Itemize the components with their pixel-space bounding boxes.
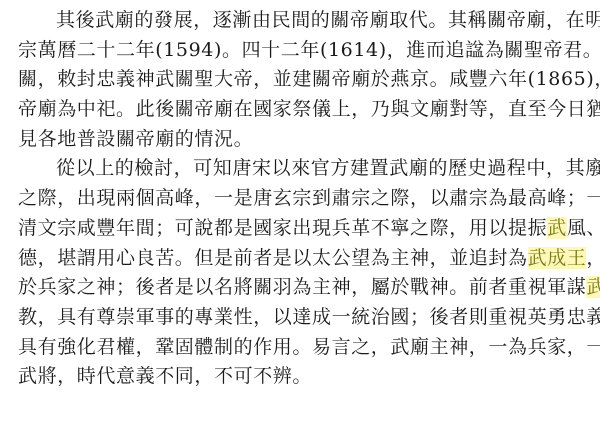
- text-line: 其後武廟的發展，逐漸由民間的關帝廟取代。其稱關帝廟，在明神: [18, 6, 590, 36]
- highlighted-term: 武: [586, 276, 600, 298]
- text-line: 宗萬曆二十二年(1594)。四十二年(1614)，進而追諡為關聖帝君。滿清入: [18, 36, 590, 66]
- text-line: 清文宗咸豐年間；可說都是國家出現兵革不寧之際，用以提振武風、武: [18, 214, 590, 244]
- paragraph-1: 其後武廟的發展，逐漸由民間的關帝廟取代。其稱關帝廟，在明神 宗萬曆二十二年(15…: [18, 6, 590, 154]
- text-line: 見各地普設關帝廟的情況。: [18, 125, 590, 155]
- text-line: 之際，出現兩個高峰，一是唐玄宗到肅宗之際，以肅宗為最高峰；一是: [18, 184, 590, 214]
- text-line: 武將，時代意義不同，不可不辨。: [18, 362, 590, 392]
- document-page: 其後武廟的發展，逐漸由民間的關帝廟取代。其稱關帝廟，在明神 宗萬曆二十二年(15…: [18, 6, 590, 392]
- text-line: 關，敕封忠義神武關聖大帝，並建關帝廟於燕京。咸豐六年(1865)，升關: [18, 65, 590, 95]
- text-line: 德，堪謂用心良苦。但是前者是以太公望為主神，並追封為武成王，屬: [18, 244, 590, 274]
- highlighted-term: 武成王: [528, 247, 587, 269]
- text-line: 具有強化君權，鞏固體制的作用。易言之，武廟主神，一為兵家，一為: [18, 333, 590, 363]
- highlighted-term: 武: [547, 217, 567, 239]
- paragraph-2: 從以上的檢討，可知唐宋以來官方建置武廟的歷史過程中，其廢立 之際，出現兩個高峰，…: [18, 154, 590, 392]
- text-line: 帝廟為中祀。此後關帝廟在國家祭儀上，乃與文廟對等，直至今日猶可: [18, 95, 590, 125]
- text-line: 於兵家之神；後者是以名將關羽為主神，屬於戰神。前者重視軍謀武: [18, 273, 590, 303]
- text-line: 從以上的檢討，可知唐宋以來官方建置武廟的歷史過程中，其廢立: [18, 154, 590, 184]
- text-line: 教，具有尊崇軍事的專業性，以達成一統治國；後者則重視英勇忠義，: [18, 303, 590, 333]
